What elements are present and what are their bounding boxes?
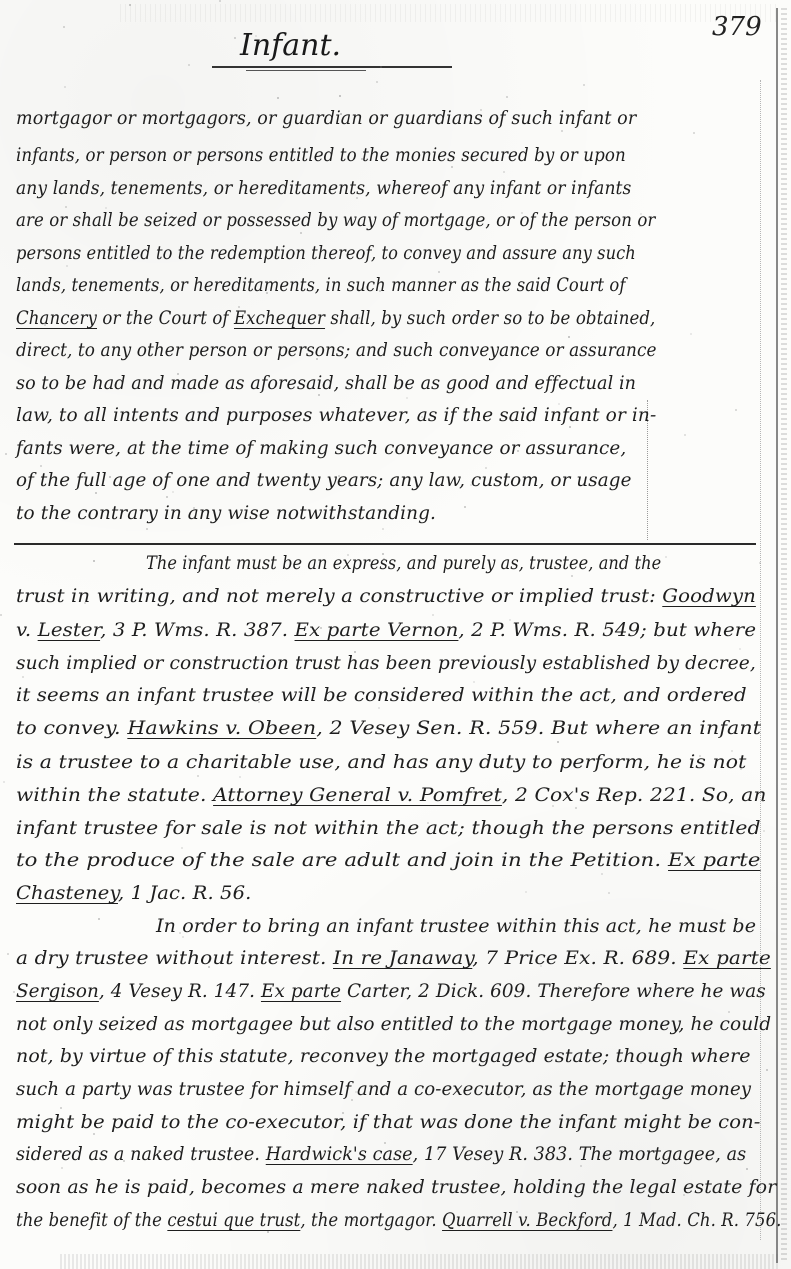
scan-speck <box>98 918 100 920</box>
scan-speck <box>40 465 42 467</box>
scan-speck <box>65 206 67 208</box>
scan-speck <box>60 1107 62 1109</box>
scan-speck <box>358 317 360 319</box>
scan-speck <box>129 4 131 6</box>
scan-speck <box>583 84 585 86</box>
scan-speck <box>13 991 15 993</box>
scan-speck <box>61 1167 63 1169</box>
page-number: 379 <box>712 12 762 42</box>
scan-speck <box>347 114 349 116</box>
scan-speck <box>763 830 765 832</box>
scan-speck <box>255 35 257 37</box>
scan-speck <box>7 953 9 955</box>
scan-speck <box>355 1091 357 1093</box>
manuscript-page: 379 Infant. mortgagor or mortgagors, or … <box>0 0 791 1269</box>
scan-speck <box>728 1011 730 1013</box>
scan-speck <box>300 232 302 234</box>
scan-speck <box>166 496 168 498</box>
scan-speck <box>182 936 184 938</box>
scan-speck <box>540 965 542 967</box>
scan-speck <box>473 681 475 683</box>
margin-ruling-line <box>760 80 762 1240</box>
manuscript-line: to the contrary in any wise notwithstand… <box>16 503 436 524</box>
manuscript-line: soon as he is paid, becomes a mere naked… <box>16 1177 776 1198</box>
scan-speck <box>406 397 408 399</box>
scan-speck <box>123 1160 125 1162</box>
scan-speck <box>451 166 453 168</box>
scan-speck <box>382 553 384 555</box>
scan-speck <box>5 453 7 455</box>
scan-speck <box>342 1112 344 1114</box>
scan-speck <box>580 1165 582 1167</box>
scan-noise-bottom <box>60 1254 780 1269</box>
manuscript-line: v. Lester, 3 P. Wms. R. 387. Ex parte Ve… <box>16 620 756 641</box>
manuscript-line: of the full age of one and twenty years;… <box>16 470 632 491</box>
scan-speck <box>66 265 68 267</box>
scan-speck <box>376 81 378 83</box>
scan-speck <box>606 1153 608 1155</box>
scan-speck <box>578 986 580 988</box>
manuscript-line: law, to all intents and purposes whateve… <box>16 405 656 426</box>
scan-speck <box>470 484 472 486</box>
scan-speck <box>353 1219 355 1221</box>
scan-speck <box>188 64 190 66</box>
manuscript-line: any lands, tenements, or hereditaments, … <box>16 178 631 199</box>
manuscript-line: not only seized as mortgagee but also en… <box>16 1014 771 1035</box>
manuscript-line: infants, or person or persons entitled t… <box>16 145 626 166</box>
scan-speck <box>693 132 695 134</box>
scan-speck <box>119 891 121 893</box>
scan-speck <box>746 1168 748 1170</box>
scan-speck <box>93 560 95 562</box>
scan-speck <box>22 676 24 678</box>
scan-speck <box>571 575 573 577</box>
scan-speck <box>681 593 683 595</box>
scan-speck <box>552 805 554 807</box>
scan-speck <box>266 292 268 294</box>
scan-speck <box>485 467 487 469</box>
manuscript-line: such implied or construction trust has b… <box>16 653 756 674</box>
scan-speck <box>189 154 191 156</box>
scan-speck <box>318 394 320 396</box>
page-edge-shadow <box>781 8 787 1263</box>
scan-speck <box>64 86 66 88</box>
manuscript-line: The infant must be an express, and purel… <box>146 553 661 574</box>
scan-speck <box>93 1133 95 1135</box>
manuscript-line: infant trustee for sale is not within th… <box>16 818 761 839</box>
manuscript-line: within the statute. Attorney General v. … <box>16 785 766 806</box>
manuscript-line: Chasteney, 1 Jac. R. 56. <box>16 883 251 904</box>
scan-speck <box>601 873 603 875</box>
manuscript-line: sidered as a naked trustee. Hardwick's c… <box>16 1144 746 1165</box>
manuscript-line: persons entitled to the redemption there… <box>16 243 636 264</box>
scan-speck <box>0 614 2 616</box>
heading-underline-second <box>246 70 366 71</box>
heading-underline <box>212 66 452 68</box>
scan-speck <box>44 324 46 326</box>
scan-speck <box>68 385 70 387</box>
scan-speck <box>608 892 610 894</box>
scan-speck <box>234 37 236 39</box>
manuscript-line: Sergison, 4 Vesey R. 147. Ex parte Carte… <box>16 981 766 1002</box>
scan-speck <box>665 556 667 558</box>
scan-noise-top <box>120 4 780 22</box>
manuscript-line: Chancery or the Court of Exchequer shall… <box>16 308 655 329</box>
manuscript-line: lands, tenements, or hereditaments, in s… <box>16 275 625 296</box>
manuscript-line: it seems an infant trustee will be consi… <box>16 685 747 706</box>
scan-speck <box>378 707 380 709</box>
scan-speck <box>197 775 199 777</box>
scan-speck <box>340 113 342 115</box>
scan-speck <box>109 476 111 478</box>
manuscript-line: In order to bring an infant trustee with… <box>156 916 756 937</box>
manuscript-line: such a party was trustee for himself and… <box>16 1079 751 1100</box>
scan-speck <box>739 648 741 650</box>
scan-speck <box>640 213 642 215</box>
scan-speck <box>684 434 686 436</box>
section-divider <box>14 543 756 545</box>
scan-speck <box>219 0 221 2</box>
scan-speck <box>63 26 65 28</box>
manuscript-line: the benefit of the cestui que trust, the… <box>16 1210 781 1231</box>
scan-speck <box>193 507 195 509</box>
scan-speck <box>432 614 434 616</box>
scan-speck <box>382 528 384 530</box>
scan-speck <box>561 130 563 132</box>
scan-speck <box>575 807 577 809</box>
scan-speck <box>277 97 279 99</box>
scan-speck <box>361 158 363 160</box>
scan-speck <box>568 336 570 338</box>
manuscript-line: are or shall be seized or possessed by w… <box>16 210 655 231</box>
scan-speck <box>506 96 508 98</box>
scan-speck <box>699 755 701 757</box>
scan-speck <box>19 408 21 410</box>
scan-speck <box>238 306 240 308</box>
scan-speck <box>464 506 466 508</box>
page-heading: Infant. <box>240 28 341 63</box>
scan-speck <box>351 1099 353 1101</box>
scan-speck <box>557 741 559 743</box>
manuscript-line: so to be had and made as aforesaid, shal… <box>16 373 636 394</box>
manuscript-line: a dry trustee without interest. In re Ja… <box>16 948 771 969</box>
manuscript-line: direct, to any other person or persons; … <box>16 340 657 361</box>
scan-speck <box>146 528 148 530</box>
scan-speck <box>172 491 174 493</box>
scan-speck <box>503 171 505 173</box>
manuscript-line: might be paid to the co-executor, if tha… <box>16 1112 760 1133</box>
scan-speck <box>39 1183 41 1185</box>
scan-speck <box>321 1127 323 1129</box>
page-edge <box>776 8 778 1263</box>
scan-speck <box>509 619 511 621</box>
scan-speck <box>759 562 761 564</box>
manuscript-line: trust in writing, and not merely a const… <box>16 586 756 607</box>
scan-speck <box>239 776 241 778</box>
scan-speck <box>379 290 381 292</box>
scan-speck <box>267 1231 269 1233</box>
scan-speck <box>525 891 527 893</box>
scan-speck <box>347 554 349 556</box>
scan-speck <box>690 333 692 335</box>
manuscript-line: to convey. Hawkins v. Obeen, 2 Vesey Sen… <box>16 718 761 739</box>
manuscript-line: to the produce of the sale are adult and… <box>16 850 761 871</box>
scan-speck <box>735 409 737 411</box>
manuscript-line: mortgagor or mortgagors, or guardian or … <box>16 108 636 129</box>
scan-speck <box>95 492 97 494</box>
scan-speck <box>3 781 5 783</box>
scan-speck <box>438 271 440 273</box>
scan-speck <box>181 847 183 849</box>
manuscript-line: fants were, at the time of making such c… <box>16 438 626 459</box>
scan-speck <box>569 426 571 428</box>
scan-speck <box>339 95 341 97</box>
scan-speck <box>766 1069 768 1071</box>
manuscript-line: is a trustee to a charitable use, and ha… <box>16 752 746 773</box>
